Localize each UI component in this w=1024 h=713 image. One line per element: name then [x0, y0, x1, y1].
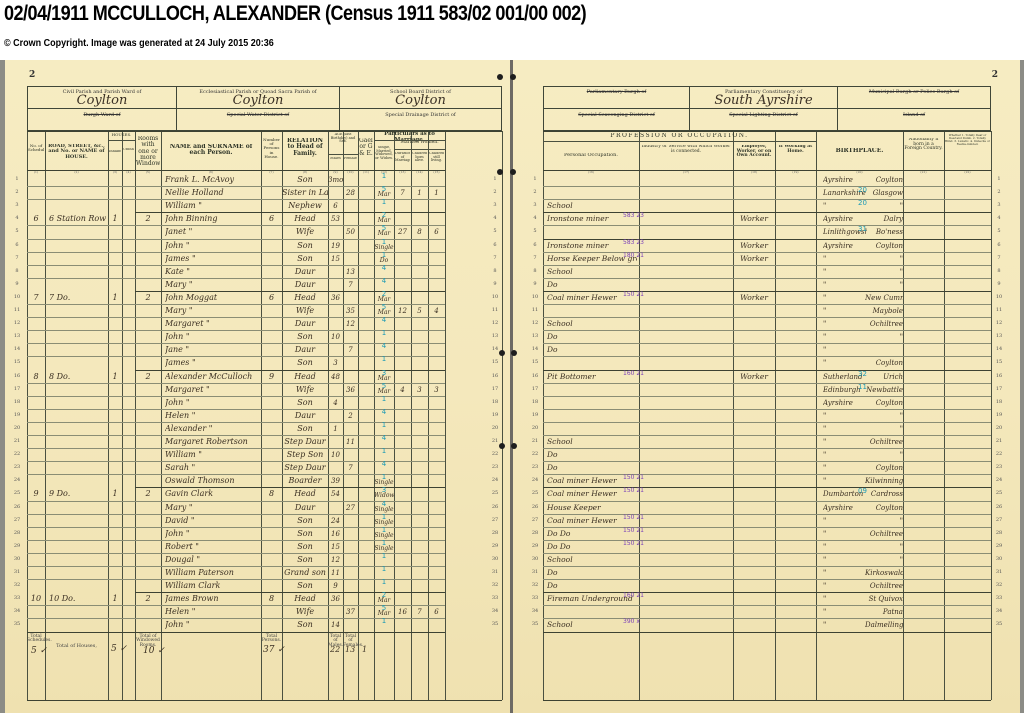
marriage-duration: 4 — [394, 384, 411, 396]
birthplace-county: " — [823, 619, 867, 631]
age-male: 15 — [328, 253, 343, 265]
marriage-duration: 16 — [394, 606, 411, 618]
road-address: 8 Do. — [49, 371, 107, 383]
column-header: Children still living. — [429, 152, 444, 163]
row-number: 16 — [489, 373, 501, 379]
row-number: 19 — [489, 412, 501, 418]
total-houses-label: Total of Houses, — [49, 644, 104, 649]
employment-status: Worker — [733, 292, 775, 304]
married-women-header: Married Women. — [394, 141, 445, 146]
relation-to-head: Son — [282, 580, 328, 592]
age-female: 28 — [343, 187, 358, 199]
age-group-header: AGE (last Birthday) and Sex. — [328, 133, 358, 144]
birthplace-town: Patna — [865, 606, 903, 618]
row-number: 20 — [529, 425, 541, 431]
row-number: 34 — [529, 608, 541, 614]
row-number: 13 — [529, 333, 541, 339]
total-schedules-value: 5 ✓ — [31, 646, 47, 656]
birthplace-county: " — [823, 567, 867, 579]
person-name: James " — [165, 253, 260, 265]
occupation-code: 150 21 — [623, 538, 693, 550]
row-number: 34 — [993, 608, 1005, 614]
column-number: (3) — [108, 171, 122, 174]
occupation-code: 150 21 — [623, 525, 693, 537]
row-rule — [543, 225, 991, 226]
row-number: 2 — [529, 189, 541, 195]
row-number: 21 — [11, 438, 23, 444]
row-number: 32 — [529, 582, 541, 588]
row-number: 23 — [11, 464, 23, 470]
total-persons-label: Total Persons. — [261, 635, 282, 644]
personal-occupation: Do — [547, 344, 637, 356]
status-code: 1 — [374, 550, 394, 562]
status-code: 1 — [374, 353, 394, 365]
row-number: 19 — [11, 412, 23, 418]
age-female: 36 — [343, 384, 358, 396]
person-name: John Moggat — [165, 292, 260, 304]
column-header: BIRTHPLACE. — [817, 148, 902, 154]
ecclesiastical-parish-box: Ecclesiastical Parish or Quoad Sacra Par… — [177, 87, 340, 108]
municipal-burgh-label: Municipal Burgh or Police Burgh of — [838, 89, 990, 95]
row-number: 10 — [11, 294, 23, 300]
row-rule — [543, 396, 991, 397]
status-code: 4 — [374, 340, 394, 352]
column-number: (14) — [411, 171, 428, 174]
district-header-left: Civil Parish and Parish Ward of Coylton … — [27, 86, 502, 131]
person-name: William Paterson — [165, 567, 260, 579]
relation-to-head: Daur — [282, 502, 328, 514]
row-number: 17 — [993, 386, 1005, 392]
row-number: 5 — [529, 228, 541, 234]
relation-to-head: Step Daur — [282, 436, 328, 448]
road-address: 7 Do. — [49, 292, 107, 304]
row-number: 18 — [993, 399, 1005, 405]
birthplace-town: New Cumnock — [865, 292, 903, 304]
total-males-value: 22 — [330, 645, 340, 654]
total-schedules-label: Total Schedules. — [27, 635, 45, 644]
row-number: 15 — [529, 359, 541, 365]
rule — [543, 700, 991, 701]
birthplace-town: " — [865, 253, 903, 265]
relation-to-head: Son — [282, 357, 328, 369]
birthplace-county: " — [823, 580, 867, 592]
relation-to-head: Son — [282, 397, 328, 409]
status-code: 1 — [374, 393, 394, 405]
person-name: Janet " — [165, 226, 260, 238]
row-number: 8 — [529, 268, 541, 274]
status-code: 4 — [374, 458, 394, 470]
column-rule — [358, 131, 359, 700]
row-number: 24 — [489, 477, 501, 483]
row-number: 25 — [529, 490, 541, 496]
age-male: 6 — [328, 200, 343, 212]
birthplace-town: Bo'ness — [865, 226, 903, 238]
age-male: 3 — [328, 357, 343, 369]
row-number: 33 — [529, 595, 541, 601]
relation-to-head: Step Daur — [282, 462, 328, 474]
status-code: 4 — [374, 314, 394, 326]
person-name: Mary " — [165, 279, 260, 291]
rule — [328, 154, 358, 155]
age-female: 35 — [343, 305, 358, 317]
row-number: 28 — [11, 530, 23, 536]
row-number: 20 — [993, 425, 1005, 431]
relation-to-head: Daur — [282, 410, 328, 422]
status-code: 4 — [374, 432, 394, 444]
row-number: 7 — [489, 255, 501, 261]
person-name: Alexander " — [165, 423, 260, 435]
person-name: Frank L. McAvoy — [165, 174, 260, 186]
birthplace-town: " — [865, 423, 903, 435]
age-female: 7 — [343, 344, 358, 356]
column-number: (19) — [775, 171, 816, 174]
marriage-duration: 27 — [394, 226, 411, 238]
birthplace-town: " — [865, 554, 903, 566]
row-number: 27 — [993, 517, 1005, 523]
age-male: 12 — [328, 554, 343, 566]
row-number: 11 — [489, 307, 501, 313]
status-code: 1 — [374, 445, 394, 457]
column-header: Number of Persons in House. — [262, 138, 281, 159]
birthplace-county: " — [823, 515, 867, 527]
civil-parish-box: Civil Parish and Parish Ward of Coylton — [28, 87, 177, 108]
row-number: 9 — [529, 281, 541, 287]
burgh-ward-label: Burgh Ward of — [28, 112, 176, 118]
column-rule — [991, 131, 992, 700]
marriage-duration: 7 — [394, 187, 411, 199]
row-number: 20 — [489, 425, 501, 431]
column-rule — [543, 131, 544, 700]
column-header: No. of Schedule. — [28, 144, 44, 152]
column-number: (10) — [343, 171, 358, 174]
age-female: 13 — [343, 266, 358, 278]
birthplace-town: Ochiltree — [865, 318, 903, 330]
person-name: James " — [165, 357, 260, 369]
row-number: 6 — [11, 242, 23, 248]
row-number: 30 — [11, 556, 23, 562]
row-number: 25 — [489, 490, 501, 496]
row-number: 16 — [993, 373, 1005, 379]
column-number: (18) — [733, 171, 775, 174]
row-number: 32 — [489, 582, 501, 588]
birthplace-county: " — [823, 410, 867, 422]
total-houses-value: 5 ✓ — [111, 644, 127, 654]
age-male: 10 — [328, 449, 343, 461]
relation-to-head: Sister in Law — [282, 187, 328, 199]
relation-to-head: Daur — [282, 279, 328, 291]
row-number: 22 — [993, 451, 1005, 457]
birthplace-county: " — [823, 318, 867, 330]
rooms-count: 2 — [135, 488, 161, 500]
row-number: 12 — [993, 320, 1005, 326]
person-name: John " — [165, 331, 260, 343]
persons-in-house: 9 — [261, 371, 282, 383]
row-number: 2 — [489, 189, 501, 195]
age-male: 9 — [328, 580, 343, 592]
birthplace-town: Ochiltree — [865, 528, 903, 540]
birthplace-town: " — [865, 541, 903, 553]
schedule-number: 7 — [27, 292, 45, 304]
column-header: RELATION to Head of Family. — [283, 138, 327, 157]
person-name: William Clark — [165, 580, 260, 592]
island-label: Island of — [838, 112, 990, 118]
column-header: Children born alive. — [412, 152, 427, 163]
birthplace-county: " — [823, 593, 867, 605]
rule — [108, 140, 135, 141]
relation-to-head: Wife — [282, 606, 328, 618]
person-name: Gavin Clark — [165, 488, 260, 500]
column-header: Whether 1. Totally Deaf or Deaf and Dumb… — [945, 134, 990, 146]
right-census-page: 2 Parliamentary Burgh of Parliamentary C… — [513, 60, 1020, 713]
relation-to-head: Son — [282, 554, 328, 566]
row-number: 29 — [489, 543, 501, 549]
relation-to-head: Nephew — [282, 200, 328, 212]
birthplace-county: " — [823, 292, 867, 304]
person-name: Alexander McCulloch — [165, 371, 260, 383]
column-header: Males — [329, 157, 342, 161]
relation-to-head: Wife — [282, 384, 328, 396]
status-code: 4 — [374, 406, 394, 418]
personal-occupation: School — [547, 436, 637, 448]
occupation-code: 150 21 — [623, 472, 693, 484]
row-number: 24 — [993, 477, 1005, 483]
column-rule — [445, 131, 446, 700]
rooms-count: 2 — [135, 371, 161, 383]
row-number: 26 — [489, 504, 501, 510]
column-rule — [944, 131, 945, 700]
occupation-code: 180 21 — [623, 250, 693, 262]
row-number: 17 — [11, 386, 23, 392]
column-rule — [502, 131, 503, 700]
column-rule — [816, 131, 817, 700]
row-number: 21 — [529, 438, 541, 444]
row-number: 18 — [489, 399, 501, 405]
column-header: Uninhabited — [123, 148, 134, 152]
houses-inhabited: 1 — [108, 292, 122, 304]
schedule-number: 6 — [27, 213, 45, 225]
age-male: 24 — [328, 515, 343, 527]
row-rule — [543, 409, 991, 410]
person-name: Margaret Robertson — [165, 436, 260, 448]
personal-occupation: School — [547, 266, 637, 278]
age-male: 39 — [328, 475, 343, 487]
row-rule — [543, 304, 991, 305]
row-number: 20 — [11, 425, 23, 431]
row-number: 5 — [993, 228, 1005, 234]
row-number: 31 — [529, 569, 541, 575]
total-gaelic-value: 1 — [362, 645, 367, 654]
column-rule — [775, 131, 776, 700]
row-number: 18 — [529, 399, 541, 405]
row-number: 33 — [993, 595, 1005, 601]
age-male: 14 — [328, 619, 343, 631]
status-code: 1 — [374, 563, 394, 575]
birthplace-town: Kirkoswald — [865, 567, 903, 579]
relation-to-head: Son — [282, 515, 328, 527]
scavenging-district-label: Special Scavenging District of — [544, 112, 689, 118]
birthplace-town: " — [865, 449, 903, 461]
row-rule — [543, 383, 991, 384]
row-rule — [543, 356, 991, 357]
birthplace-town: " — [865, 410, 903, 422]
relation-to-head: Daur — [282, 318, 328, 330]
row-rule — [543, 422, 991, 423]
row-number: 4 — [11, 215, 23, 221]
column-rule — [903, 131, 904, 700]
status-code: 1 — [374, 576, 394, 588]
birthplace-county: " — [823, 423, 867, 435]
occupation-group-header: PROFESSION OR OCCUPATION. — [543, 133, 816, 139]
persons-in-house: 6 — [261, 213, 282, 225]
houses-inhabited: 1 — [108, 213, 122, 225]
row-number: 25 — [11, 490, 23, 496]
occupation-code: 150 21 — [623, 512, 693, 524]
rule — [27, 700, 502, 701]
row-number: 33 — [489, 595, 501, 601]
birthplace-county: " — [823, 528, 867, 540]
row-number: 11 — [11, 307, 23, 313]
column-number: (5) — [135, 171, 161, 174]
person-name: Margaret " — [165, 318, 260, 330]
school-board-box: School Board District of Coylton — [340, 87, 501, 108]
person-name: Mary " — [165, 305, 260, 317]
row-number: 12 — [529, 320, 541, 326]
page-number-right: 2 — [992, 70, 998, 80]
row-number: 28 — [489, 530, 501, 536]
row-number: 27 — [529, 517, 541, 523]
row-number: 19 — [993, 412, 1005, 418]
row-number: 17 — [489, 386, 501, 392]
person-name: John " — [165, 240, 260, 252]
row-number: 35 — [489, 621, 501, 627]
row-number: 27 — [11, 517, 23, 523]
row-number: 27 — [489, 517, 501, 523]
birthplace-county: " — [823, 331, 867, 343]
row-number: 35 — [993, 621, 1005, 627]
schedule-number: 9 — [27, 488, 45, 500]
relation-to-head: Head — [282, 488, 328, 500]
person-name: Jane " — [165, 344, 260, 356]
age-male: 19 — [328, 240, 343, 252]
row-number: 23 — [993, 464, 1005, 470]
status-code: 1 — [374, 170, 394, 182]
relation-to-head: Son — [282, 331, 328, 343]
relation-to-head: Daur — [282, 266, 328, 278]
row-number: 28 — [529, 530, 541, 536]
children-born: 5 — [411, 305, 428, 317]
row-number: 3 — [993, 202, 1005, 208]
person-name: John " — [165, 528, 260, 540]
column-rule — [45, 131, 46, 700]
birthplace-county: " — [823, 253, 867, 265]
marriage-duration: 12 — [394, 305, 411, 317]
status-code: 1 — [374, 196, 394, 208]
column-number: (16) — [543, 171, 639, 174]
column-header: Single, Married, Widowed, or Widow. — [375, 146, 393, 161]
employment-status: Worker — [733, 253, 775, 265]
birthplace-county: " — [823, 606, 867, 618]
parl-constituency-value: South Ayrshire — [690, 93, 837, 108]
row-number: 30 — [489, 556, 501, 562]
row-number: 5 — [489, 228, 501, 234]
birthplace-county: Ayrshire — [823, 397, 867, 409]
children-born: 1 — [411, 187, 428, 199]
birthplace-town: Dalmellington — [865, 619, 903, 631]
relation-to-head: Grand son — [282, 567, 328, 579]
birthplace-county: " — [823, 541, 867, 553]
copyright-notice: © Crown Copyright. Image was generated a… — [4, 38, 274, 49]
birthplace-county: " — [823, 462, 867, 474]
total-rooms-value: 10 ✓ — [143, 646, 165, 656]
column-header: Nationality if born in a Foreign Country… — [904, 138, 943, 152]
row-number: 1 — [993, 176, 1005, 182]
column-number: (22) — [944, 171, 991, 174]
column-header: If Working at Home. — [776, 145, 815, 154]
status-code: 1 — [374, 327, 394, 339]
employment-status: Worker — [733, 371, 775, 383]
birthplace-county: " — [823, 554, 867, 566]
personal-occupation: School — [547, 318, 637, 330]
age-female: 50 — [343, 226, 358, 238]
row-number: 2 — [11, 189, 23, 195]
row-number: 32 — [993, 582, 1005, 588]
row-number: 1 — [11, 176, 23, 182]
column-number: (17) — [639, 171, 733, 174]
row-number: 16 — [11, 373, 23, 379]
age-male: 1 — [328, 423, 343, 435]
row-number: 3 — [489, 202, 501, 208]
row-number: 29 — [529, 543, 541, 549]
status-code: 1 — [374, 615, 394, 627]
column-header: Females — [344, 157, 357, 161]
row-number: 6 — [993, 242, 1005, 248]
column-header: Personal Occupation. — [544, 153, 638, 158]
rule — [27, 632, 445, 633]
row-number: 23 — [529, 464, 541, 470]
total-females-value: 13 — [345, 645, 355, 654]
row-number: 26 — [11, 504, 23, 510]
row-number: 6 — [529, 242, 541, 248]
row-number: 31 — [489, 569, 501, 575]
age-female: 7 — [343, 462, 358, 474]
age-female: 7 — [343, 279, 358, 291]
row-number: 6 — [489, 242, 501, 248]
age-female: 27 — [343, 502, 358, 514]
row-number: 30 — [529, 556, 541, 562]
age-male: 36 — [328, 593, 343, 605]
row-number: 25 — [993, 490, 1005, 496]
employment-status: Worker — [733, 213, 775, 225]
row-number: 10 — [529, 294, 541, 300]
row-number: 1 — [489, 176, 501, 182]
houses-inhabited: 1 — [108, 371, 122, 383]
birthplace-town: Newbattle — [865, 384, 903, 396]
birthplace-county: Ayrshire — [823, 502, 867, 514]
employment-status: Worker — [733, 240, 775, 252]
age-male: 36 — [328, 292, 343, 304]
schedule-number: 8 — [27, 371, 45, 383]
record-title: 02/04/1911 MCCULLOCH, ALEXANDER (Census … — [4, 2, 586, 26]
row-number: 22 — [11, 451, 23, 457]
status-code: 4 — [374, 275, 394, 287]
person-name: David " — [165, 515, 260, 527]
row-number: 4 — [529, 215, 541, 221]
row-number: 23 — [489, 464, 501, 470]
birthplace-county: " — [823, 436, 867, 448]
children-living: 6 — [428, 226, 445, 238]
rooms-count: 2 — [135, 593, 161, 605]
birthplace-town: Ochiltree — [865, 436, 903, 448]
